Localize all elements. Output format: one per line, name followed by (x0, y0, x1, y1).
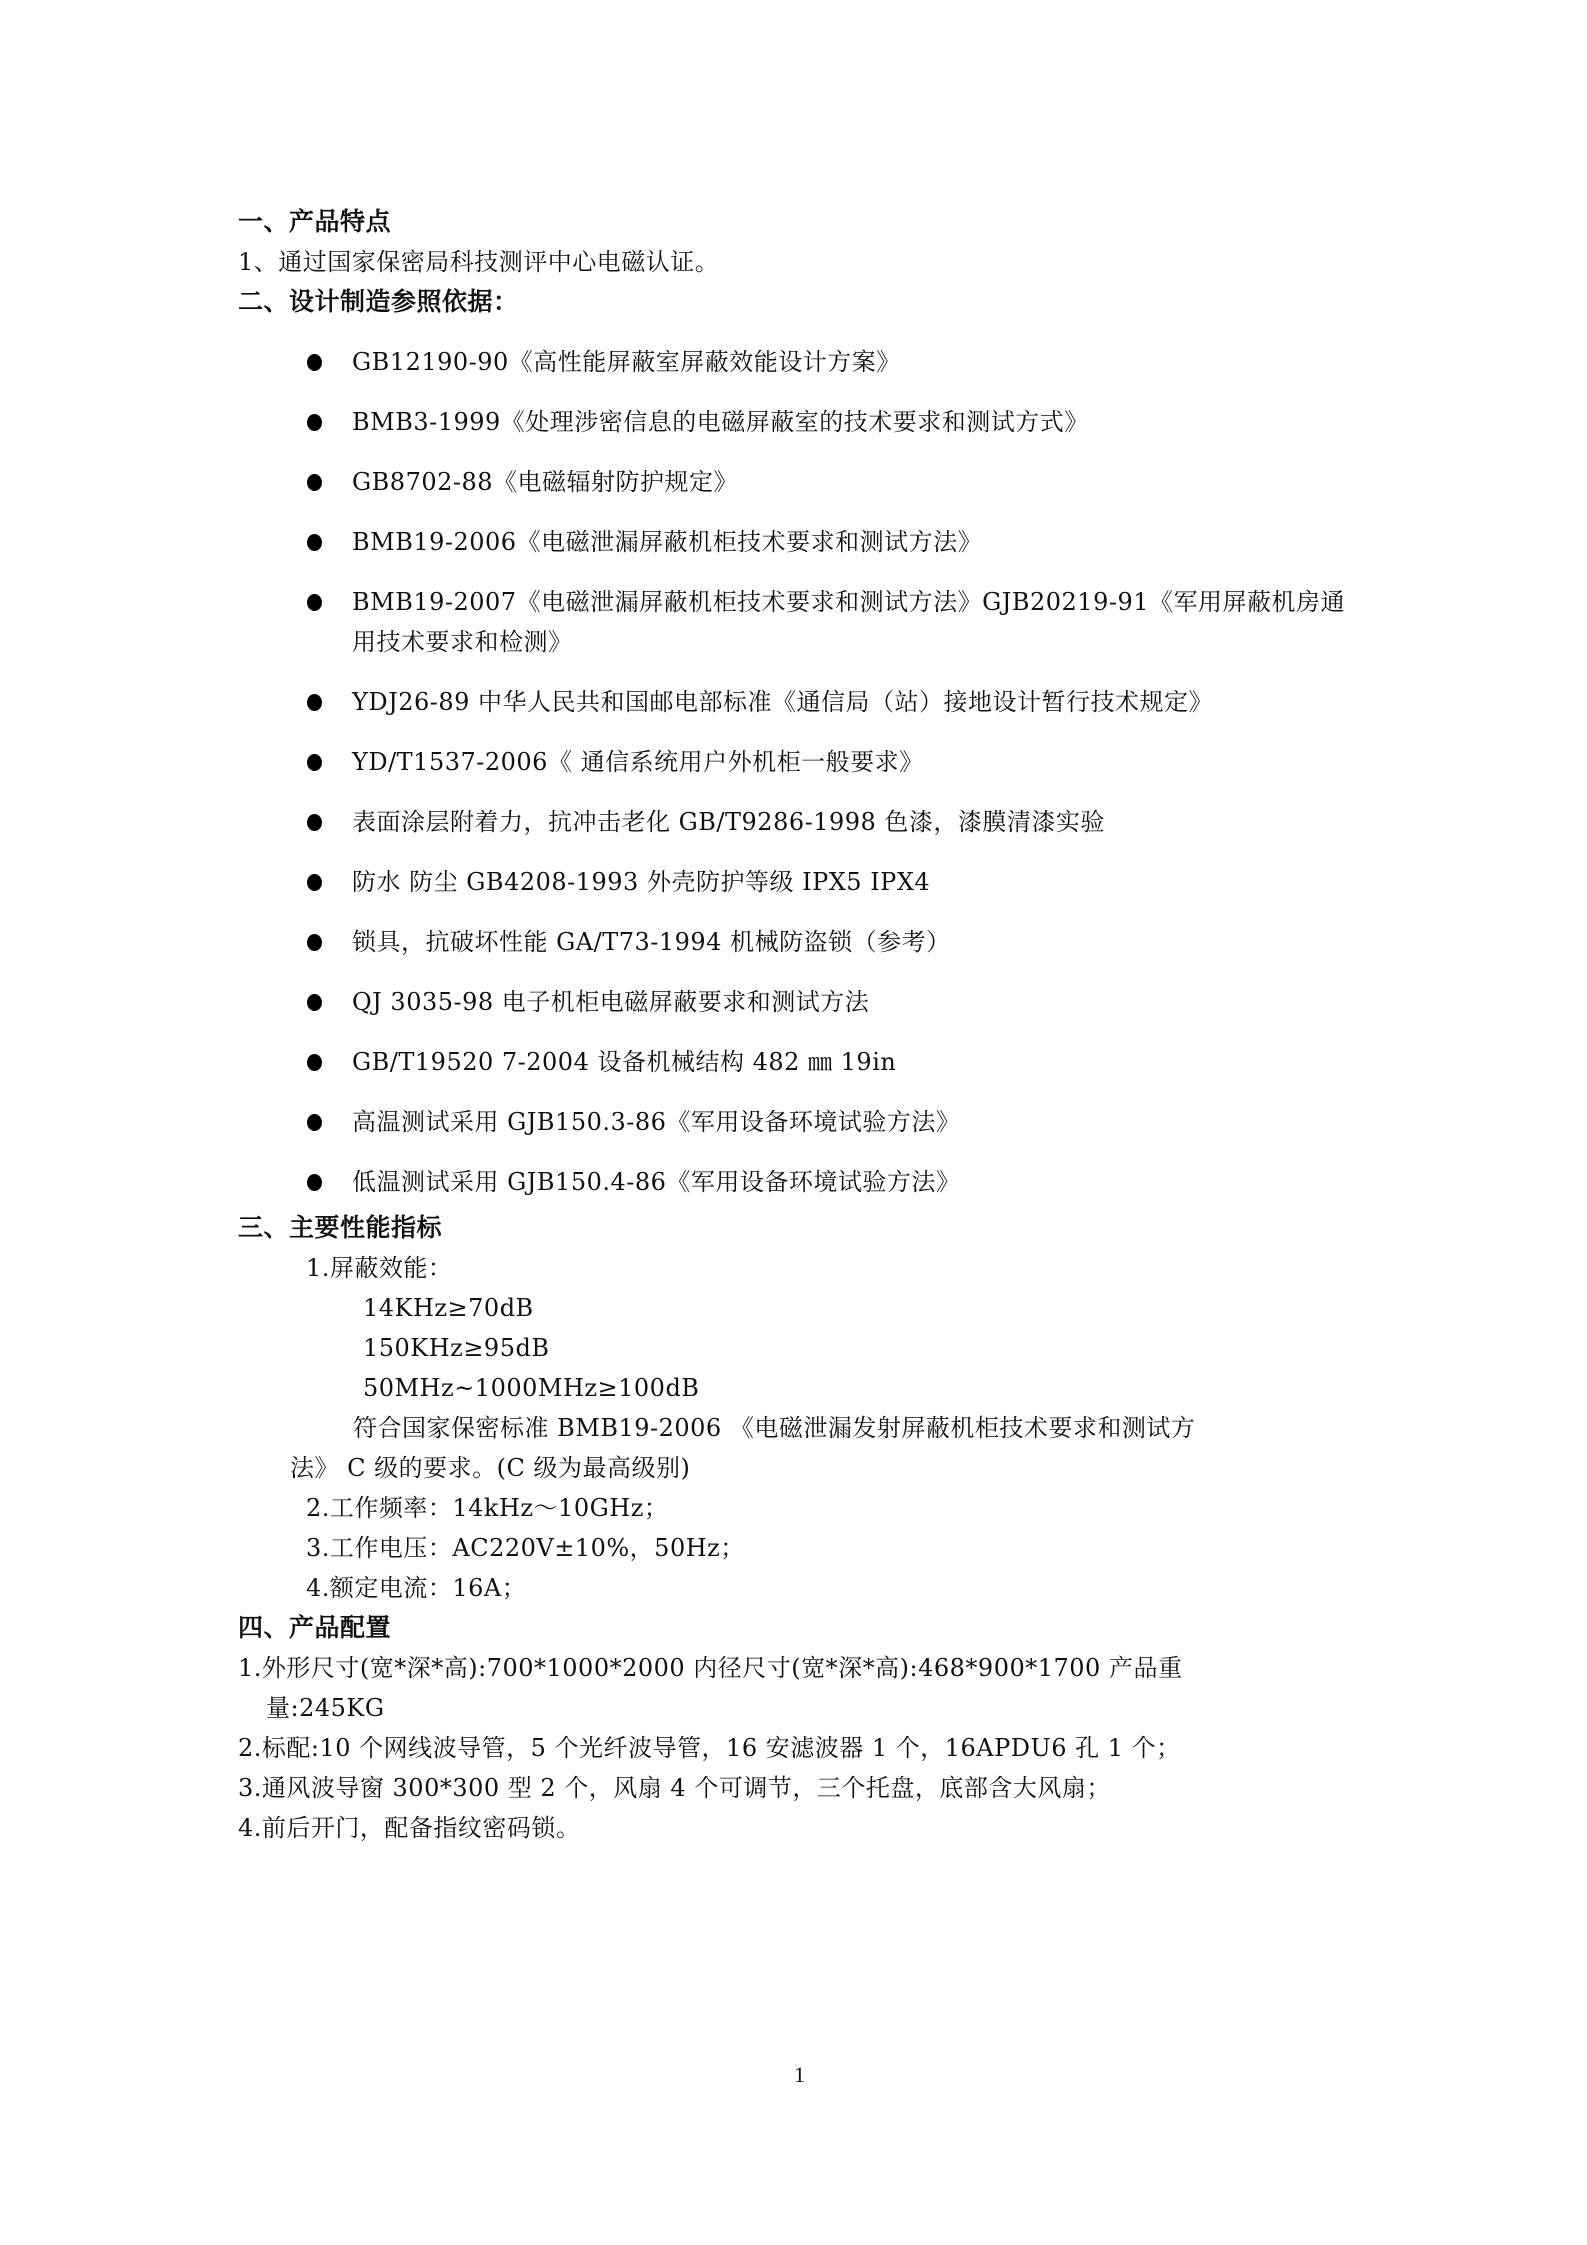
section2-heading: 二、设计制造参照依据： (238, 287, 519, 317)
bullet-icon (307, 694, 322, 711)
bullet-icon (307, 1174, 322, 1191)
config-item-1-line2: 量:245KG (266, 1693, 385, 1723)
section3-heading: 三、主要性能指标 (238, 1213, 442, 1243)
config-item-4: 4.前后开门，配备指纹密码锁。 (238, 1813, 580, 1843)
config-item-2: 2.标配:10 个网线波导管，5 个光纤波导管，16 安滤波器 1 个，16AP… (238, 1733, 1181, 1763)
shielding-value: 14KHz≥70dB (363, 1293, 534, 1323)
working-voltage: 3.工作电压：AC220V±10%，50Hz； (306, 1533, 745, 1563)
rated-current: 4.额定电流：16A； (306, 1573, 526, 1603)
bullet-icon (307, 534, 322, 551)
shielding-title: 1.屏蔽效能： (306, 1253, 452, 1283)
bullet-icon (307, 474, 322, 491)
bullet-icon (307, 814, 322, 831)
bullet-icon (307, 934, 322, 951)
bullet-icon (307, 1114, 322, 1131)
bullet-icon (307, 874, 322, 891)
section4-heading: 四、产品配置 (238, 1613, 391, 1643)
document-page: 一、产品特点 1、通过国家保密局科技测评中心电磁认证。 二、设计制造参照依据： … (0, 0, 1587, 2245)
config-item-1-line1: 1.外形尺寸(宽*深*高):700*1000*2000 内径尺寸(宽*深*高):… (238, 1653, 1182, 1683)
page-number: 1 (794, 2062, 805, 2088)
bullet-icon (307, 594, 322, 611)
standard-compliance-line1: 符合国家保密标准 BMB19-2006 《电磁泄漏发射屏蔽机柜技术要求和测试方 (353, 1413, 1195, 1443)
shielding-value: 150KHz≥95dB (363, 1333, 549, 1363)
config-item-3: 3.通风波导窗 300*300 型 2 个，风扇 4 个可调节，三个托盘，底部含… (238, 1773, 1111, 1803)
bullet-icon (307, 354, 322, 371)
shielding-value: 50MHz~1000MHz≥100dB (363, 1373, 699, 1403)
bullet-icon (307, 414, 322, 431)
section1-heading: 一、产品特点 (238, 207, 391, 237)
working-frequency: 2.工作频率：14kHz～10GHz； (306, 1493, 668, 1523)
bullet-icon (307, 754, 322, 771)
section1-item: 1、通过国家保密局科技测评中心电磁认证。 (238, 247, 719, 277)
standard-compliance-line2: 法》 C 级的要求。(C 级为最高级别) (290, 1453, 690, 1483)
bullet-icon (307, 994, 322, 1011)
bullet-icon (307, 1054, 322, 1071)
